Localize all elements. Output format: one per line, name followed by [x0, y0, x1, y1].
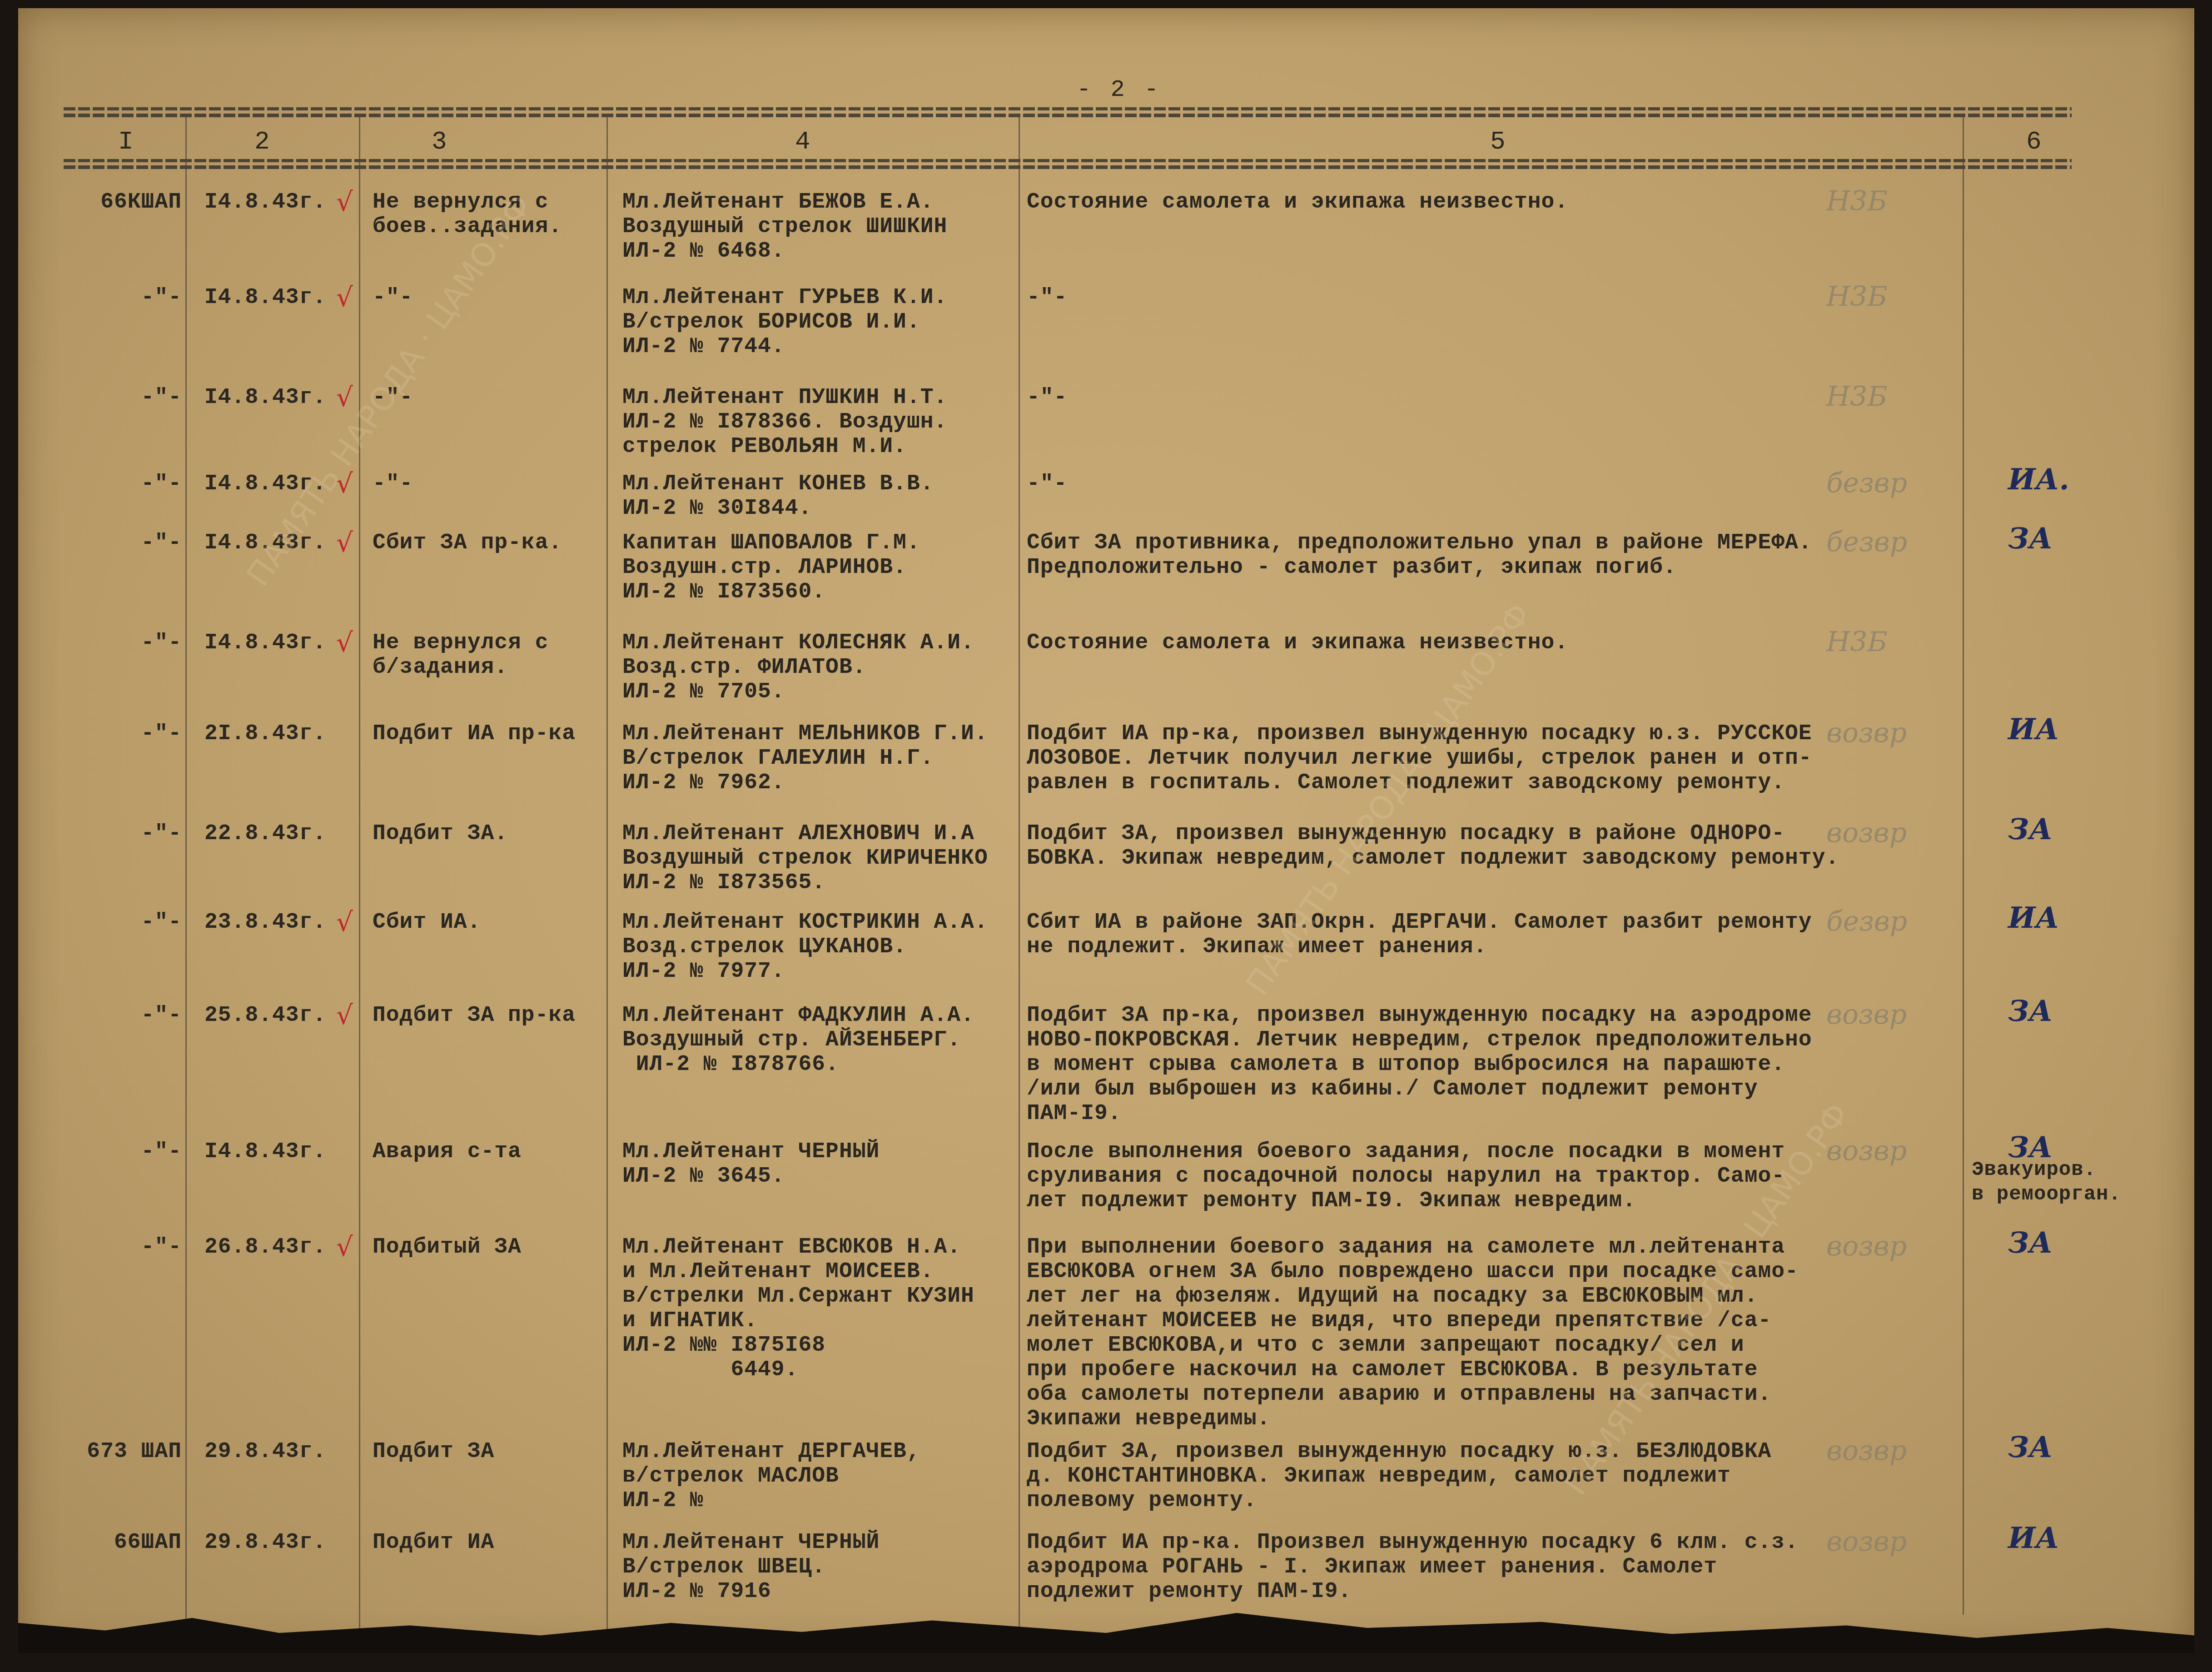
details-cell: Подбит ЗА пр-ка, произвел вынужденную по…	[1027, 1003, 1917, 1126]
torn-edge	[18, 1603, 2194, 1653]
crew-cell: Мл.Лейтенант ЧЕРНЫЙ ИЛ-2 № 3645.	[622, 1140, 880, 1189]
event-cell: Подбит ЗА	[373, 1439, 494, 1464]
unit-cell: -"-	[45, 722, 182, 746]
crew-cell: Мл.Лейтенант АЛЕХНОВИЧ И.А Воздушный стр…	[622, 821, 988, 895]
event-cell: Подбитый ЗА	[373, 1235, 522, 1259]
crew-cell: Мл.Лейтенант ФАДКУЛИН А.А. Воздушный стр…	[622, 1003, 974, 1077]
crew-cell: Мл.Лейтенант КОЛЕСНЯК А.И. Возд.стр. ФИЛ…	[622, 631, 974, 704]
details-cell: Подбит ИА пр-ка. Произвел вынужденную по…	[1027, 1530, 1917, 1604]
unit-cell: 66ШАП	[45, 1530, 182, 1555]
details-cell: Сбит ЗА противника, предположительно упа…	[1027, 531, 1917, 580]
pencil-annotation: Н3Б	[1826, 281, 1888, 313]
crew-cell: Мл.Лейтенант МЕЛЬНИКОВ Г.И. В/стрелок ГА…	[622, 722, 988, 795]
column-divider	[1019, 115, 1020, 1651]
pencil-annotation: возвр	[1826, 717, 1907, 749]
ink-annotation: ЗА	[2008, 994, 2053, 1028]
checkmark-icon: √	[336, 1231, 353, 1262]
details-cell: Подбит ИА пр-ка, произвел вынужденную по…	[1027, 722, 1917, 795]
pencil-annotation: возвр	[1826, 1230, 1907, 1262]
event-cell: Подбит ЗА пр-ка	[373, 1003, 576, 1028]
ink-annotation: ИА.	[2008, 463, 2069, 497]
date-cell: 23.8.43г.	[204, 910, 326, 935]
details-cell: -"-	[1027, 385, 1917, 410]
page-number: - 2 -	[1077, 76, 1161, 103]
crew-cell: Капитан ШАПОВАЛОВ Г.М. Воздушн.стр. ЛАРИ…	[622, 531, 920, 604]
event-cell: Сбит ИА.	[373, 910, 481, 935]
crew-cell: Мл.Лейтенант КОНЕВ В.В. ИЛ-2 № 30I844.	[622, 472, 934, 521]
date-cell: I4.8.43г.	[204, 385, 326, 410]
unit-cell: -"-	[45, 631, 182, 655]
unit-cell: -"-	[45, 1235, 182, 1259]
ink-annotation: ИА	[2008, 1521, 2059, 1555]
unit-cell: 66КШАП	[45, 190, 182, 214]
event-cell: -"-	[373, 285, 413, 310]
unit-cell: -"-	[45, 910, 182, 935]
checkmark-icon: √	[336, 906, 353, 937]
unit-cell: -"-	[45, 821, 182, 846]
column-divider	[606, 115, 608, 1651]
pencil-annotation: Н3Б	[1826, 626, 1888, 658]
pencil-annotation: возвр	[1826, 1526, 1907, 1558]
crew-cell: Мл.Лейтенант ПУШКИН Н.Т. ИЛ-2 № I878366.…	[622, 385, 947, 459]
unit-cell: -"-	[45, 531, 182, 555]
column-number-1: I	[118, 127, 134, 156]
unit-cell: -"-	[45, 472, 182, 496]
document-sheet: - 2 - I 2 3 4 5 6 66КШАПI4.8.43г.√Не вер…	[18, 8, 2194, 1653]
checkmark-icon: √	[336, 186, 353, 217]
checkmark-icon: √	[336, 1000, 353, 1030]
date-cell: I4.8.43г.	[204, 631, 326, 655]
pencil-annotation: возвр	[1826, 817, 1907, 849]
disposition-cell: Эвакуиров. в ремоорган.	[1972, 1158, 2121, 1207]
pencil-annotation: Н3Б	[1826, 185, 1888, 217]
event-cell: Подбит ИА	[373, 1530, 494, 1555]
event-cell: Не вернулся с б/задания.	[373, 631, 548, 680]
checkmark-icon: √	[336, 282, 353, 313]
crew-cell: Мл.Лейтенант ЧЕРНЫЙ В/стрелок ШВЕЦ. ИЛ-2…	[622, 1530, 880, 1604]
crew-cell: Мл.Лейтенант ДЕРГАЧЕВ, в/стрелок МАСЛОВ …	[622, 1439, 920, 1513]
unit-cell: -"-	[45, 1140, 182, 1164]
ink-annotation: ЗА	[2008, 1226, 2053, 1260]
date-cell: I4.8.43г.	[204, 285, 326, 310]
details-cell: Подбит ЗА, произвел вынужденную посадку …	[1027, 1439, 1917, 1513]
details-cell: -"-	[1027, 472, 1917, 496]
column-divider	[359, 115, 360, 1651]
pencil-annotation: безвр	[1826, 467, 1907, 499]
event-cell: Подбит ИА пр-ка	[373, 722, 576, 746]
crew-cell: Мл.Лейтенант ГУРЬЕВ К.И. В/стрелок БОРИС…	[622, 285, 947, 359]
pencil-annotation: возвр	[1826, 1435, 1907, 1467]
column-number-4: 4	[795, 127, 810, 156]
column-divider	[185, 115, 187, 1651]
details-cell: При выполнении боевого задания на самоле…	[1027, 1235, 1917, 1431]
unit-cell: -"-	[45, 285, 182, 310]
column-divider	[1963, 115, 1964, 1615]
crew-cell: Мл.Лейтенант ЕВСЮКОВ Н.А. и Мл.Лейтенант…	[622, 1235, 974, 1382]
details-cell: Сбит ИА в районе ЗАП.Окрн. ДЕРГАЧИ. Само…	[1027, 910, 1917, 959]
pencil-annotation: возвр	[1826, 999, 1907, 1030]
details-cell: Состояние самолета и экипажа неизвестно.	[1027, 190, 1917, 214]
pencil-annotation: Н3Б	[1826, 381, 1888, 413]
event-cell: Авария с-та	[373, 1140, 522, 1164]
date-cell: 25.8.43г.	[204, 1003, 326, 1028]
ink-annotation: ИА	[2008, 901, 2059, 935]
event-cell: Подбит ЗА.	[373, 821, 508, 846]
crew-cell: Мл.Лейтенант КОСТРИКИН А.А. Возд.стрелок…	[622, 910, 988, 984]
header-rule-top	[64, 107, 2072, 117]
date-cell: 26.8.43г.	[204, 1235, 326, 1259]
unit-cell: -"-	[45, 385, 182, 410]
ink-annotation: ЗА	[2008, 522, 2053, 556]
pencil-annotation: безвр	[1826, 526, 1907, 558]
details-cell: Подбит ЗА, произвел вынужденную посадку …	[1027, 821, 1917, 871]
ink-annotation: ИА	[2008, 712, 2059, 746]
date-cell: 22.8.43г.	[204, 821, 326, 846]
event-cell: -"-	[373, 472, 413, 496]
ink-annotation: ЗА	[2008, 812, 2053, 846]
event-cell: Сбит ЗА пр-ка.	[373, 531, 562, 555]
unit-cell: -"-	[45, 1003, 182, 1028]
header-rule-bottom	[64, 159, 2072, 169]
checkmark-icon: √	[336, 527, 353, 558]
date-cell: I4.8.43г.	[204, 1140, 326, 1164]
date-cell: 29.8.43г.	[204, 1530, 326, 1555]
column-number-5: 5	[1490, 127, 1506, 156]
checkmark-icon: √	[336, 382, 353, 413]
date-cell: 2I.8.43г.	[204, 722, 326, 746]
crew-cell: Мл.Лейтенант БЕЖОВ Е.А. Воздушный стрело…	[622, 190, 947, 264]
unit-cell: 673 ШАП	[45, 1439, 182, 1464]
checkmark-icon: √	[336, 627, 353, 658]
column-number-2: 2	[254, 127, 270, 156]
date-cell: 29.8.43г.	[204, 1439, 326, 1464]
column-number-6: 6	[2026, 127, 2042, 156]
pencil-annotation: безвр	[1826, 906, 1907, 937]
date-cell: I4.8.43г.	[204, 190, 326, 214]
ink-annotation: ЗА	[2008, 1430, 2053, 1464]
details-cell: -"-	[1027, 285, 1917, 310]
column-number-3: 3	[432, 127, 447, 156]
